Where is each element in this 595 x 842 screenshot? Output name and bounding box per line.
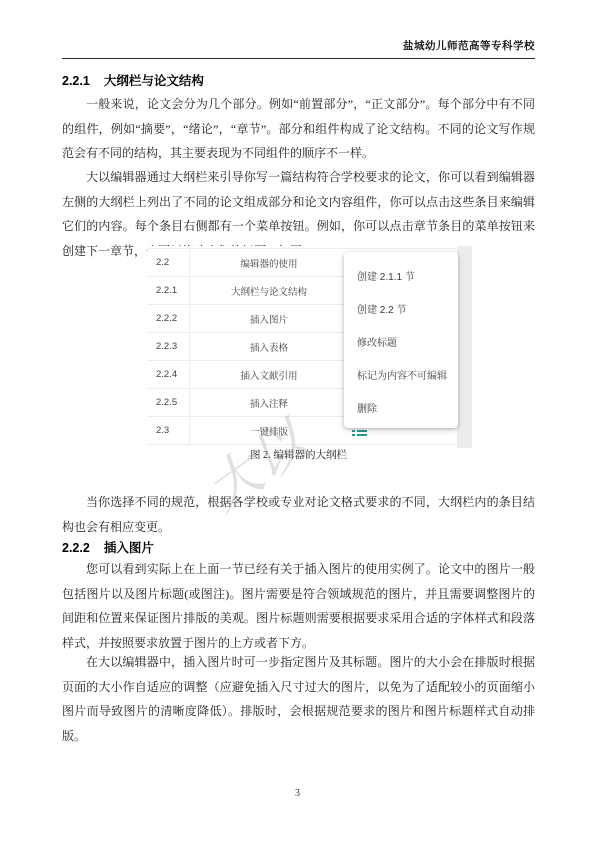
outline-row-title: 一键排版 [190, 424, 348, 438]
outline-row-title: 插入图片 [190, 312, 348, 326]
menu-item-create-2-2: 创建 2.2 节 [344, 292, 458, 325]
paragraph: 一般来说，论文会分为几个部分。例如“前置部分”，“正文部分”。每个部分中有不同的… [62, 92, 535, 166]
page-number: 3 [0, 788, 595, 799]
menu-item-rename-title: 修改标题 [344, 325, 458, 358]
outline-row-number: 2.2.2 [148, 305, 190, 332]
section-number: 2.2.2 [62, 541, 90, 555]
outline-row-number: 2.2.1 [148, 277, 190, 304]
outline-row-number: 2.2 [148, 249, 190, 276]
menu-item-create-2-1-1: 创建 2.1.1 节 [344, 259, 458, 292]
outline-row-number: 2.2.3 [148, 333, 190, 360]
document-page: 盐城幼儿师范高等专科学校 2.2.1大纲栏与论文结构 一般来说，论文会分为几个部… [0, 0, 595, 842]
section-title: 大纲栏与论文结构 [104, 74, 204, 88]
section-number: 2.2.1 [62, 74, 90, 88]
section-heading-221: 2.2.1大纲栏与论文结构 [62, 71, 204, 89]
section-heading-222: 2.2.2插入图片 [62, 538, 154, 556]
figure-editor-outline-screenshot: 2.2 编辑器的使用 2.2.1 大纲栏与论文结构 2.2.2 插入图片 2.2… [148, 246, 472, 448]
outline-row-number: 2.2.5 [148, 389, 190, 416]
paragraph: 当你选择不同的规范，根据各学校或专业对论文格式要求的不同，大纲栏内的条目结构也会… [62, 490, 535, 539]
section-title: 插入图片 [104, 541, 154, 555]
outline-row-number: 2.3 [148, 417, 190, 444]
outline-context-menu: 创建 2.1.1 节 创建 2.2 节 修改标题 标记为内容不可编辑 删除 [344, 252, 458, 428]
header-divider-line [62, 58, 535, 59]
outline-row-title: 插入表格 [190, 340, 348, 354]
outline-row-title: 插入文献引用 [190, 368, 348, 382]
outline-row-title: 插入注释 [190, 396, 348, 410]
outline-row-title: 编辑器的使用 [190, 256, 348, 270]
outline-row-title: 大纲栏与论文结构 [190, 284, 348, 298]
paragraph: 您可以看到实际上在上面一节已经有关于插入图片的使用实例了。论文中的图片一般包括图… [62, 557, 535, 655]
page-header-school-name: 盐城幼儿师范高等专科学校 [403, 38, 535, 53]
menu-item-delete: 删除 [344, 391, 458, 424]
outline-row-number: 2.2.4 [148, 361, 190, 388]
menu-item-mark-readonly: 标记为内容不可编辑 [344, 358, 458, 391]
background-panel-strip [457, 246, 472, 448]
figure-caption: 图 2. 编辑器的大纲栏 [62, 447, 535, 462]
paragraph: 在大以编辑器中，插入图片时可一步指定图片及其标题。图片的大小会在排版时根据页面的… [62, 650, 535, 748]
